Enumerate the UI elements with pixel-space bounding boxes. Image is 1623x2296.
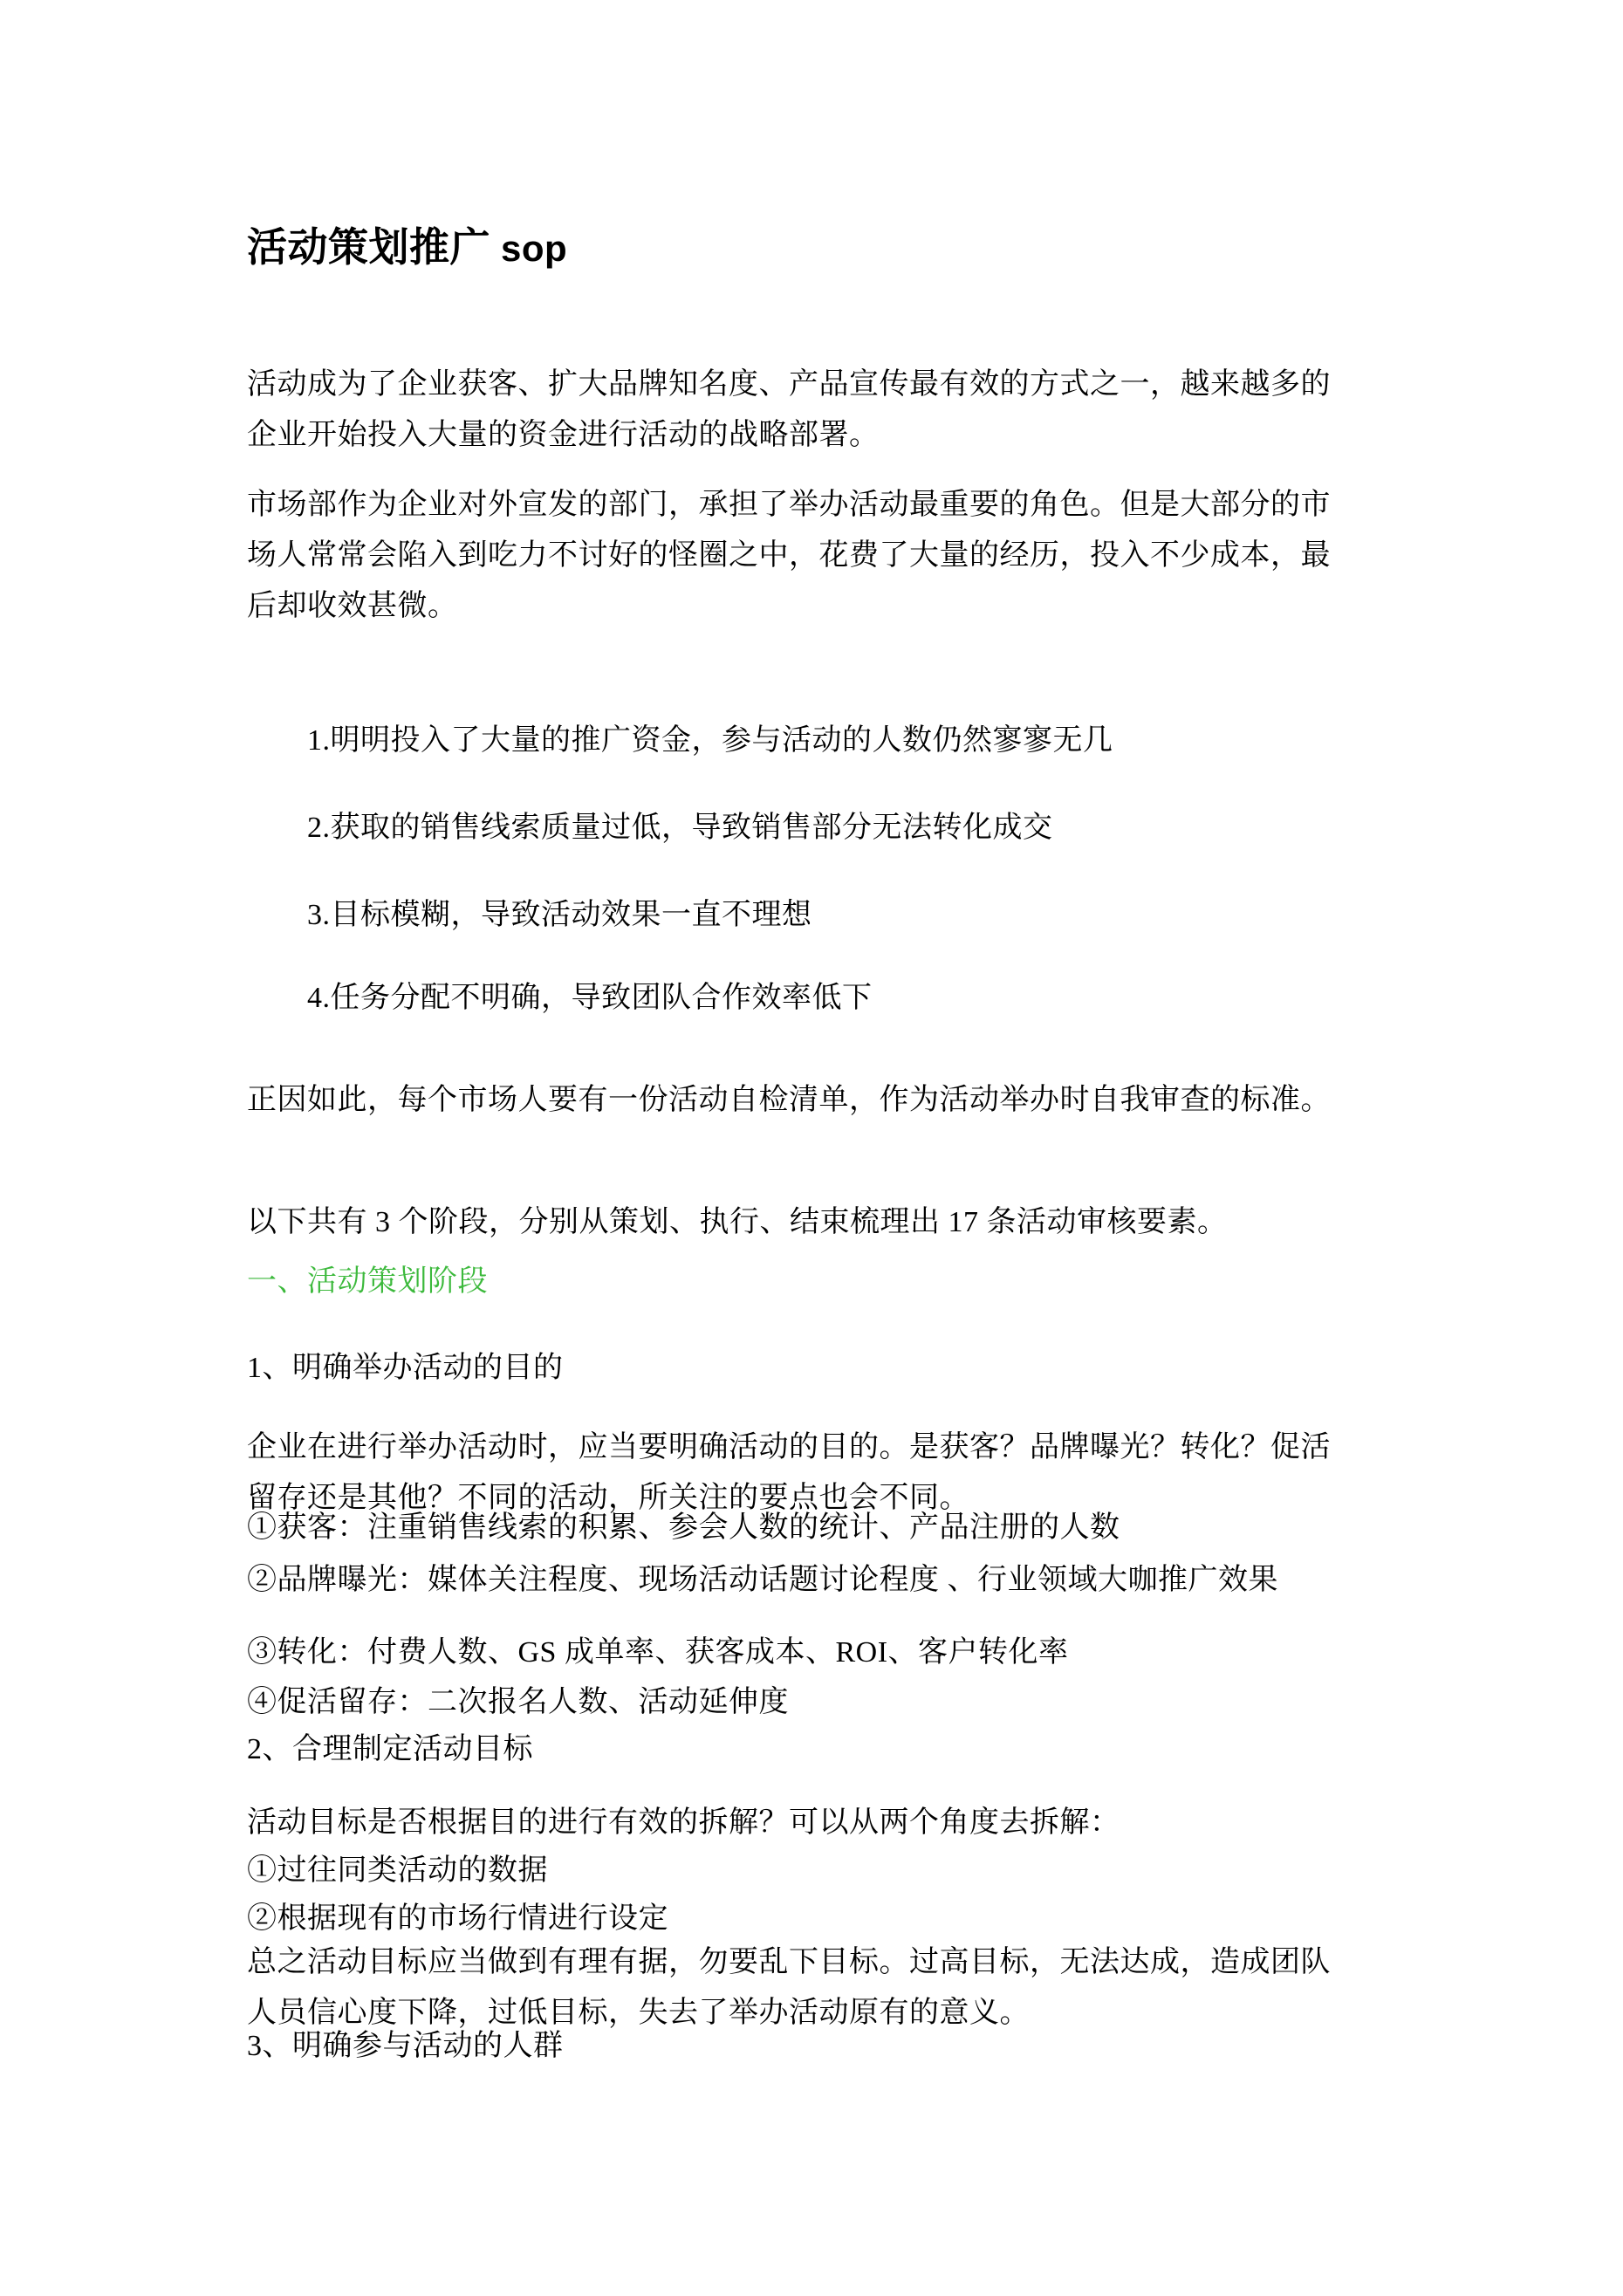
sub-2-item-1: ①过往同类活动的数据 <box>247 1846 1355 1896</box>
sub-3-heading: 3、明确参与活动的人群 <box>247 2021 1355 2072</box>
page-title-latin: sop <box>501 228 567 269</box>
sub-2-heading: 2、合理制定活动目标 <box>247 1724 1355 1775</box>
sub-1-item-4: ④促活留存：二次报名人数、活动延伸度 <box>247 1677 1355 1728</box>
sub-1-item-1: ①获客：注重销售线索的积累、参会人数的统计、产品注册的人数 <box>247 1503 1355 1553</box>
sub-2-body: 活动目标是否根据目的进行有效的拆解？可以从两个角度去拆解： <box>247 1798 1355 1848</box>
pain-point-1: 1.明明投入了大量的推广资金，参与活动的人数仍然寥寥无几 <box>307 716 1415 766</box>
pain-point-3: 3.目标模糊，导致活动效果一直不理想 <box>307 890 1415 941</box>
sub-1-item-2: ②品牌曝光：媒体关注程度、现场活动话题讨论程度 、行业领域大咖推广效果 <box>247 1555 1355 1606</box>
sub-1-heading: 1、明确举办活动的目的 <box>247 1343 1355 1394</box>
pain-point-2: 2.获取的销售线索质量过低，导致销售部分无法转化成交 <box>307 803 1415 853</box>
sub-1-item-3: ③转化：付费人数、GS 成单率、获客成本、ROI、客户转化率 <box>247 1628 1355 1678</box>
document-page: 活动策划推广sop 活动成为了企业获客、扩大品牌知名度、产品宣传最有效的方式之一… <box>0 0 1623 2296</box>
intro-paragraph-1: 活动成为了企业获客、扩大品牌知名度、产品宣传最有效的方式之一，越来越多的企业开始… <box>247 360 1355 461</box>
pain-point-4: 4.任务分配不明确，导致团队合作效率低下 <box>307 973 1415 1024</box>
page-title-zh: 活动策划推广 <box>247 225 490 270</box>
page-title: 活动策划推广sop <box>247 221 1355 276</box>
intro-paragraph-2: 市场部作为企业对外宣发的部门，承担了举办活动最重要的角色。但是大部分的市场人常常… <box>247 480 1355 632</box>
conclusion-paragraph: 正因如此，每个市场人要有一份活动自检清单，作为活动举办时自我审查的标准。 <box>247 1075 1355 1126</box>
overview-paragraph: 以下共有 3 个阶段，分别从策划、执行、结束梳理出 17 条活动审核要素。 <box>247 1197 1355 1248</box>
section-1-heading: 一、活动策划阶段 <box>247 1257 1355 1307</box>
